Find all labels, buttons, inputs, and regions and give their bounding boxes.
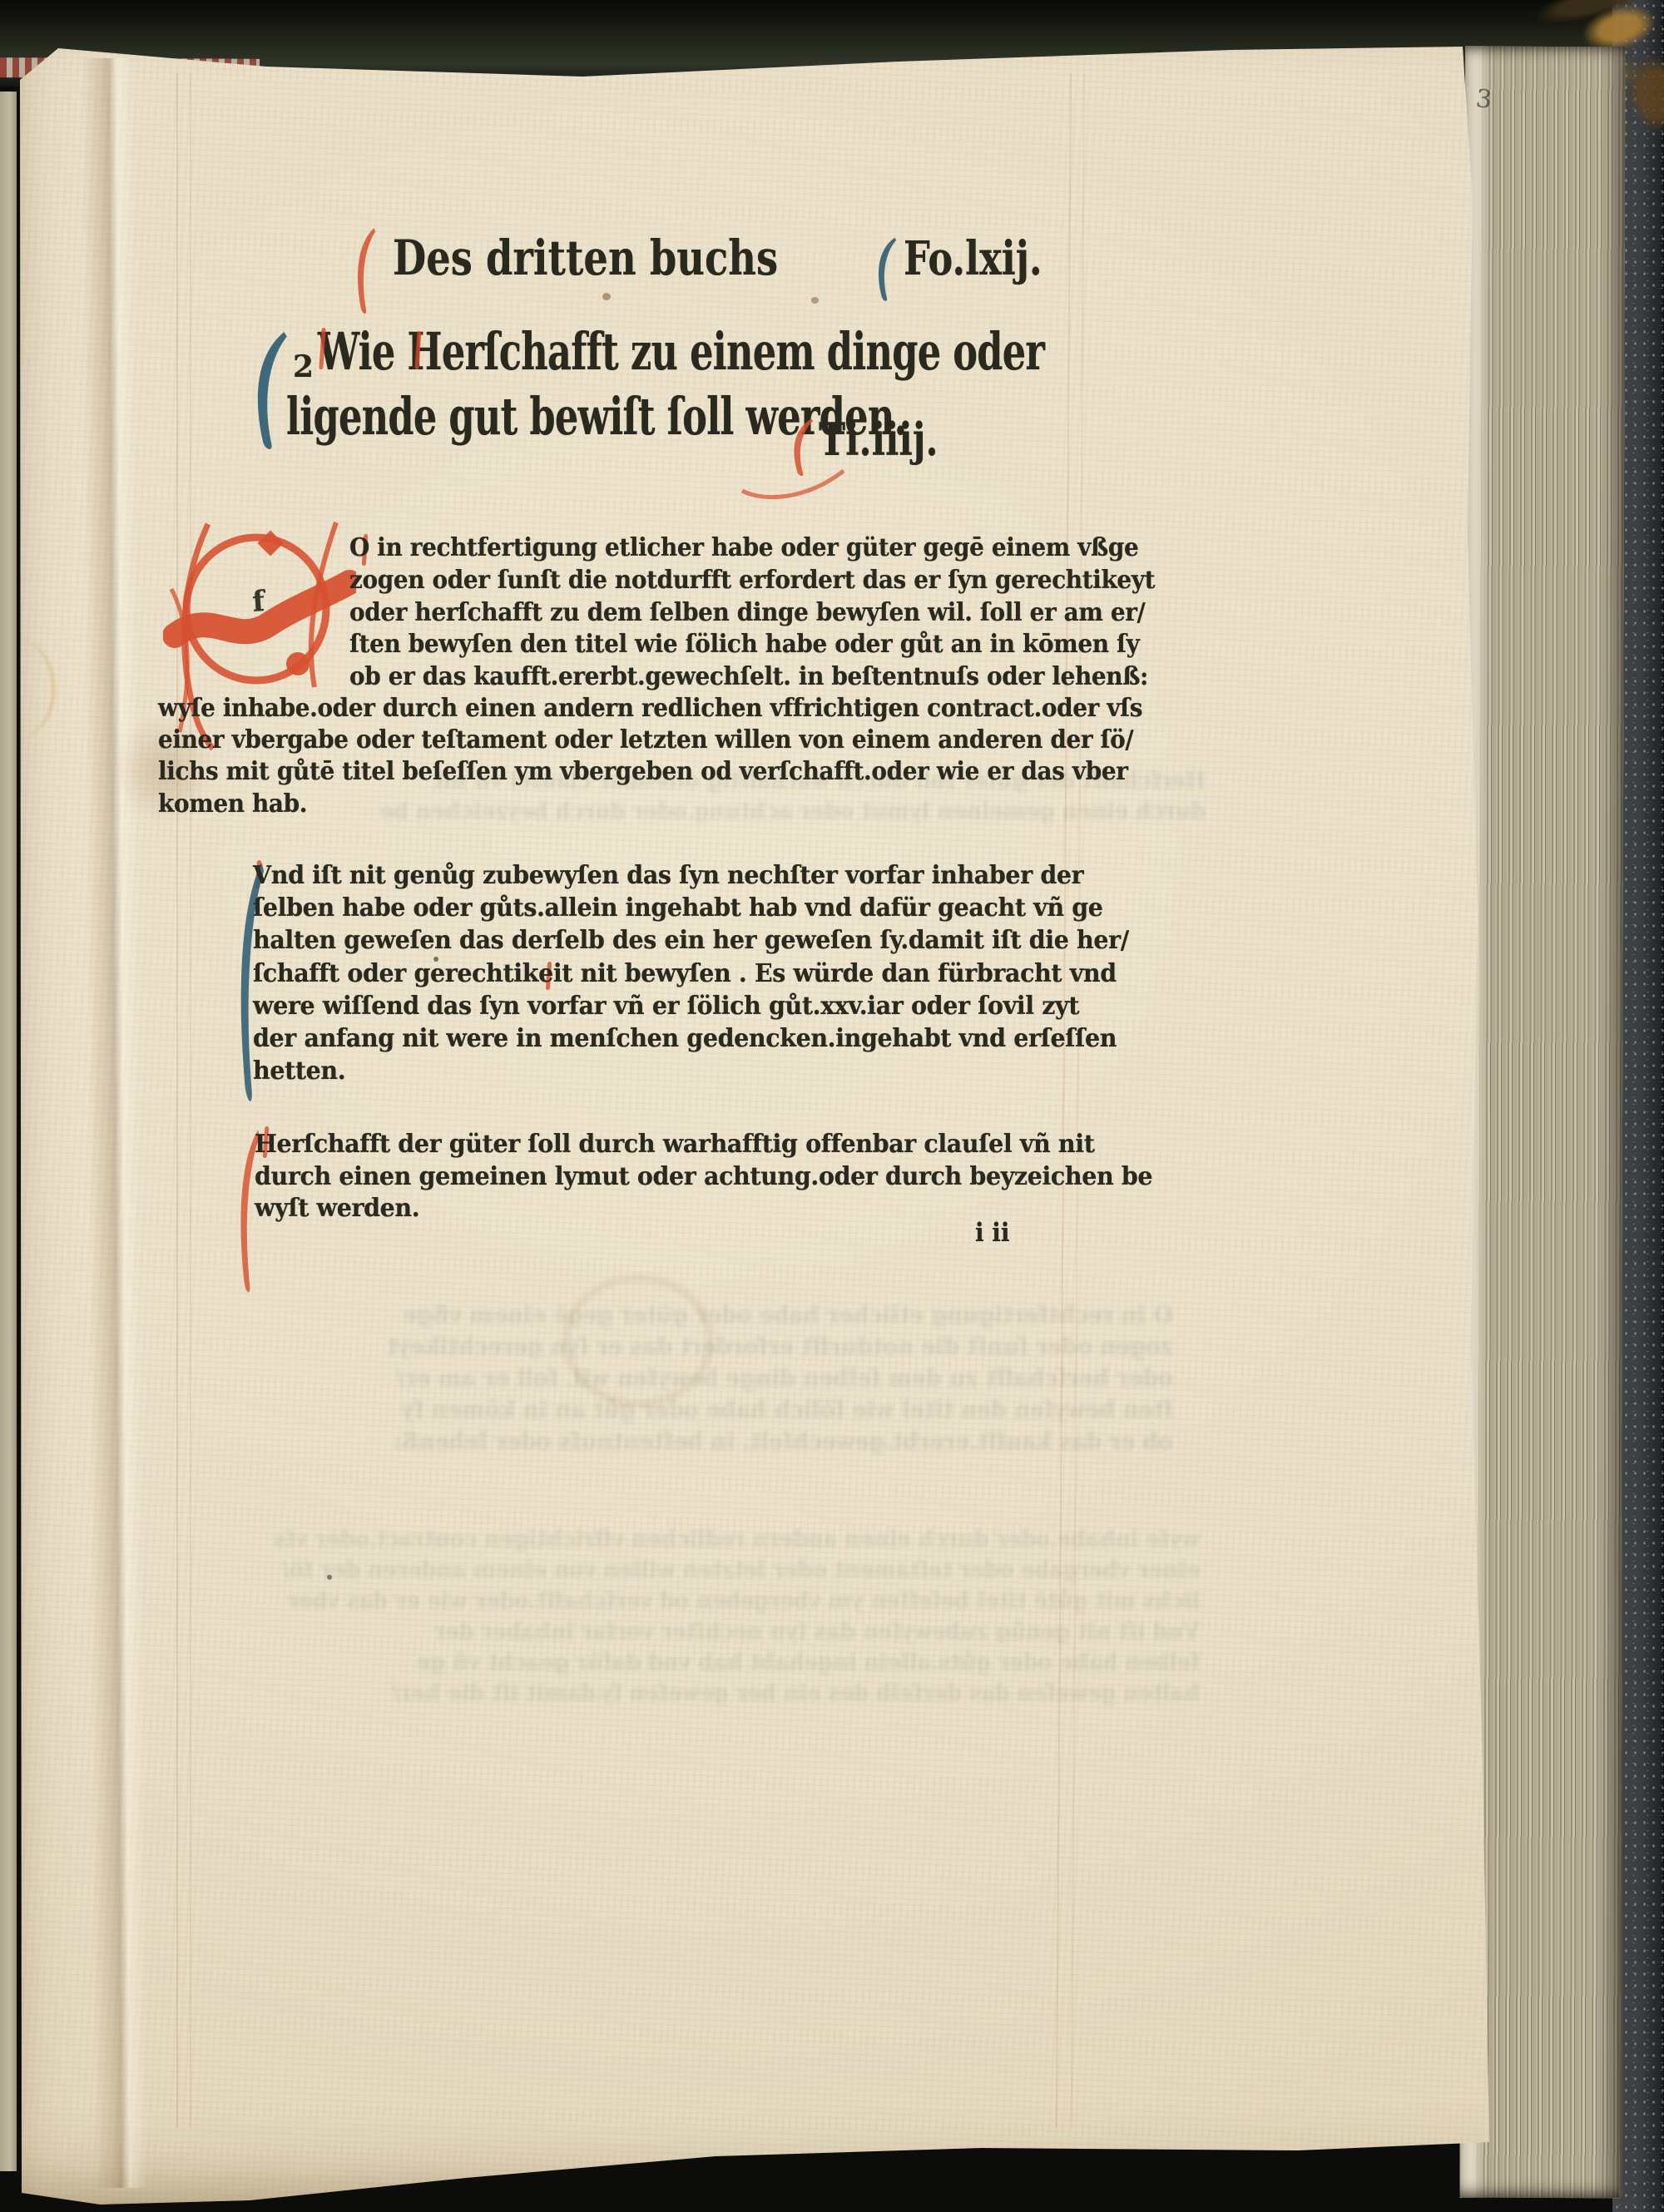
text-line: Vnd iſt nit genůg zubewyſen das ſyn nech… [253,859,1129,892]
blue-paraph-icon [874,236,897,303]
paragraph-3: Herſchafft der güter ſoll durch warhafft… [255,1129,1152,1225]
text-line: wyſt werden. [255,1193,1152,1225]
text-line: were wiſſend das ſyn vorfar vñ er ſölich… [253,990,1129,1022]
text-line: oder herſchafft zu dem ſelben dinge bewy… [349,597,1155,630]
underlying-page-edge [0,92,17,2171]
fore-edge-page-stack [1460,47,1626,2198]
ruling-line-v [176,73,178,2128]
text-line: ſelben habe oder gůts.allein ingehabt ha… [253,892,1129,924]
chapter-number: Ti.iiij. [819,413,938,466]
handwritten-folio-number: 3 [1474,84,1493,115]
folio-number: Fo.lxij. [904,231,1042,286]
speck [602,293,611,300]
text-line: der anfang nit were in menſchen gedencke… [253,1022,1129,1055]
chapter-heading-line1: Wie Herſchafft zu einem dinge oder [318,321,1044,382]
text-line: ſten bewyſen den titel wie ſölich habe o… [349,629,1155,661]
book-page: Herſchafft der güter ſoll durch warhafft… [0,0,1664,2212]
text-line: zogen oder ſunſt die notdurfft erfordert… [349,565,1155,597]
text-line: einer vbergabe oder teſtament oder letzt… [158,725,1142,756]
signature-mark: i ii [975,1218,1010,1248]
paragraph-2: Vnd iſt nit genůg zubewyſen das ſyn nech… [253,859,1129,1087]
text-line: O in rechtfertigung etlicher habe oder g… [349,532,1155,565]
initial-guide-letter: f [251,585,265,619]
show-through-text: O in rechtfertigung etlicher habe oder g… [387,1299,1173,1457]
text-line: halten geweſen das derſelb des ein her g… [253,924,1129,957]
speck [811,297,819,304]
ruling-line-v [190,73,191,2128]
text-line: lichs mit gůtē titel beſeſſen ym vbergeb… [158,756,1142,788]
text-line: Herſchafft der güter ſoll durch warhafft… [255,1129,1152,1161]
text-line: komen hab. [158,789,1142,820]
text-line: durch einen gemeinen lymut oder achtung.… [255,1161,1152,1194]
show-through-text: wyſe inhabe.oder durch einen andern redl… [274,1524,1200,1709]
red-paraph-icon [353,226,376,316]
running-title: Des dritten buchs [393,230,778,286]
text-line: wyſe inhabe.oder durch einen andern redl… [158,693,1142,725]
text-line: ſchafft oder gerechtikeit nit bewyſen . … [253,958,1129,990]
text-line: hetten. [253,1055,1129,1087]
paragraph-1-full: wyſe inhabe.oder durch einen andern redl… [158,693,1142,820]
paragraph-1-indented: O in rechtfertigung etlicher habe oder g… [349,532,1155,694]
blue-paraph-icon [250,329,288,453]
text-line: ob er das kaufft.ererbt.gewechſelt. in b… [349,661,1155,694]
heading-prefix: 2 [293,349,314,384]
red-paraph-tail [739,464,849,507]
